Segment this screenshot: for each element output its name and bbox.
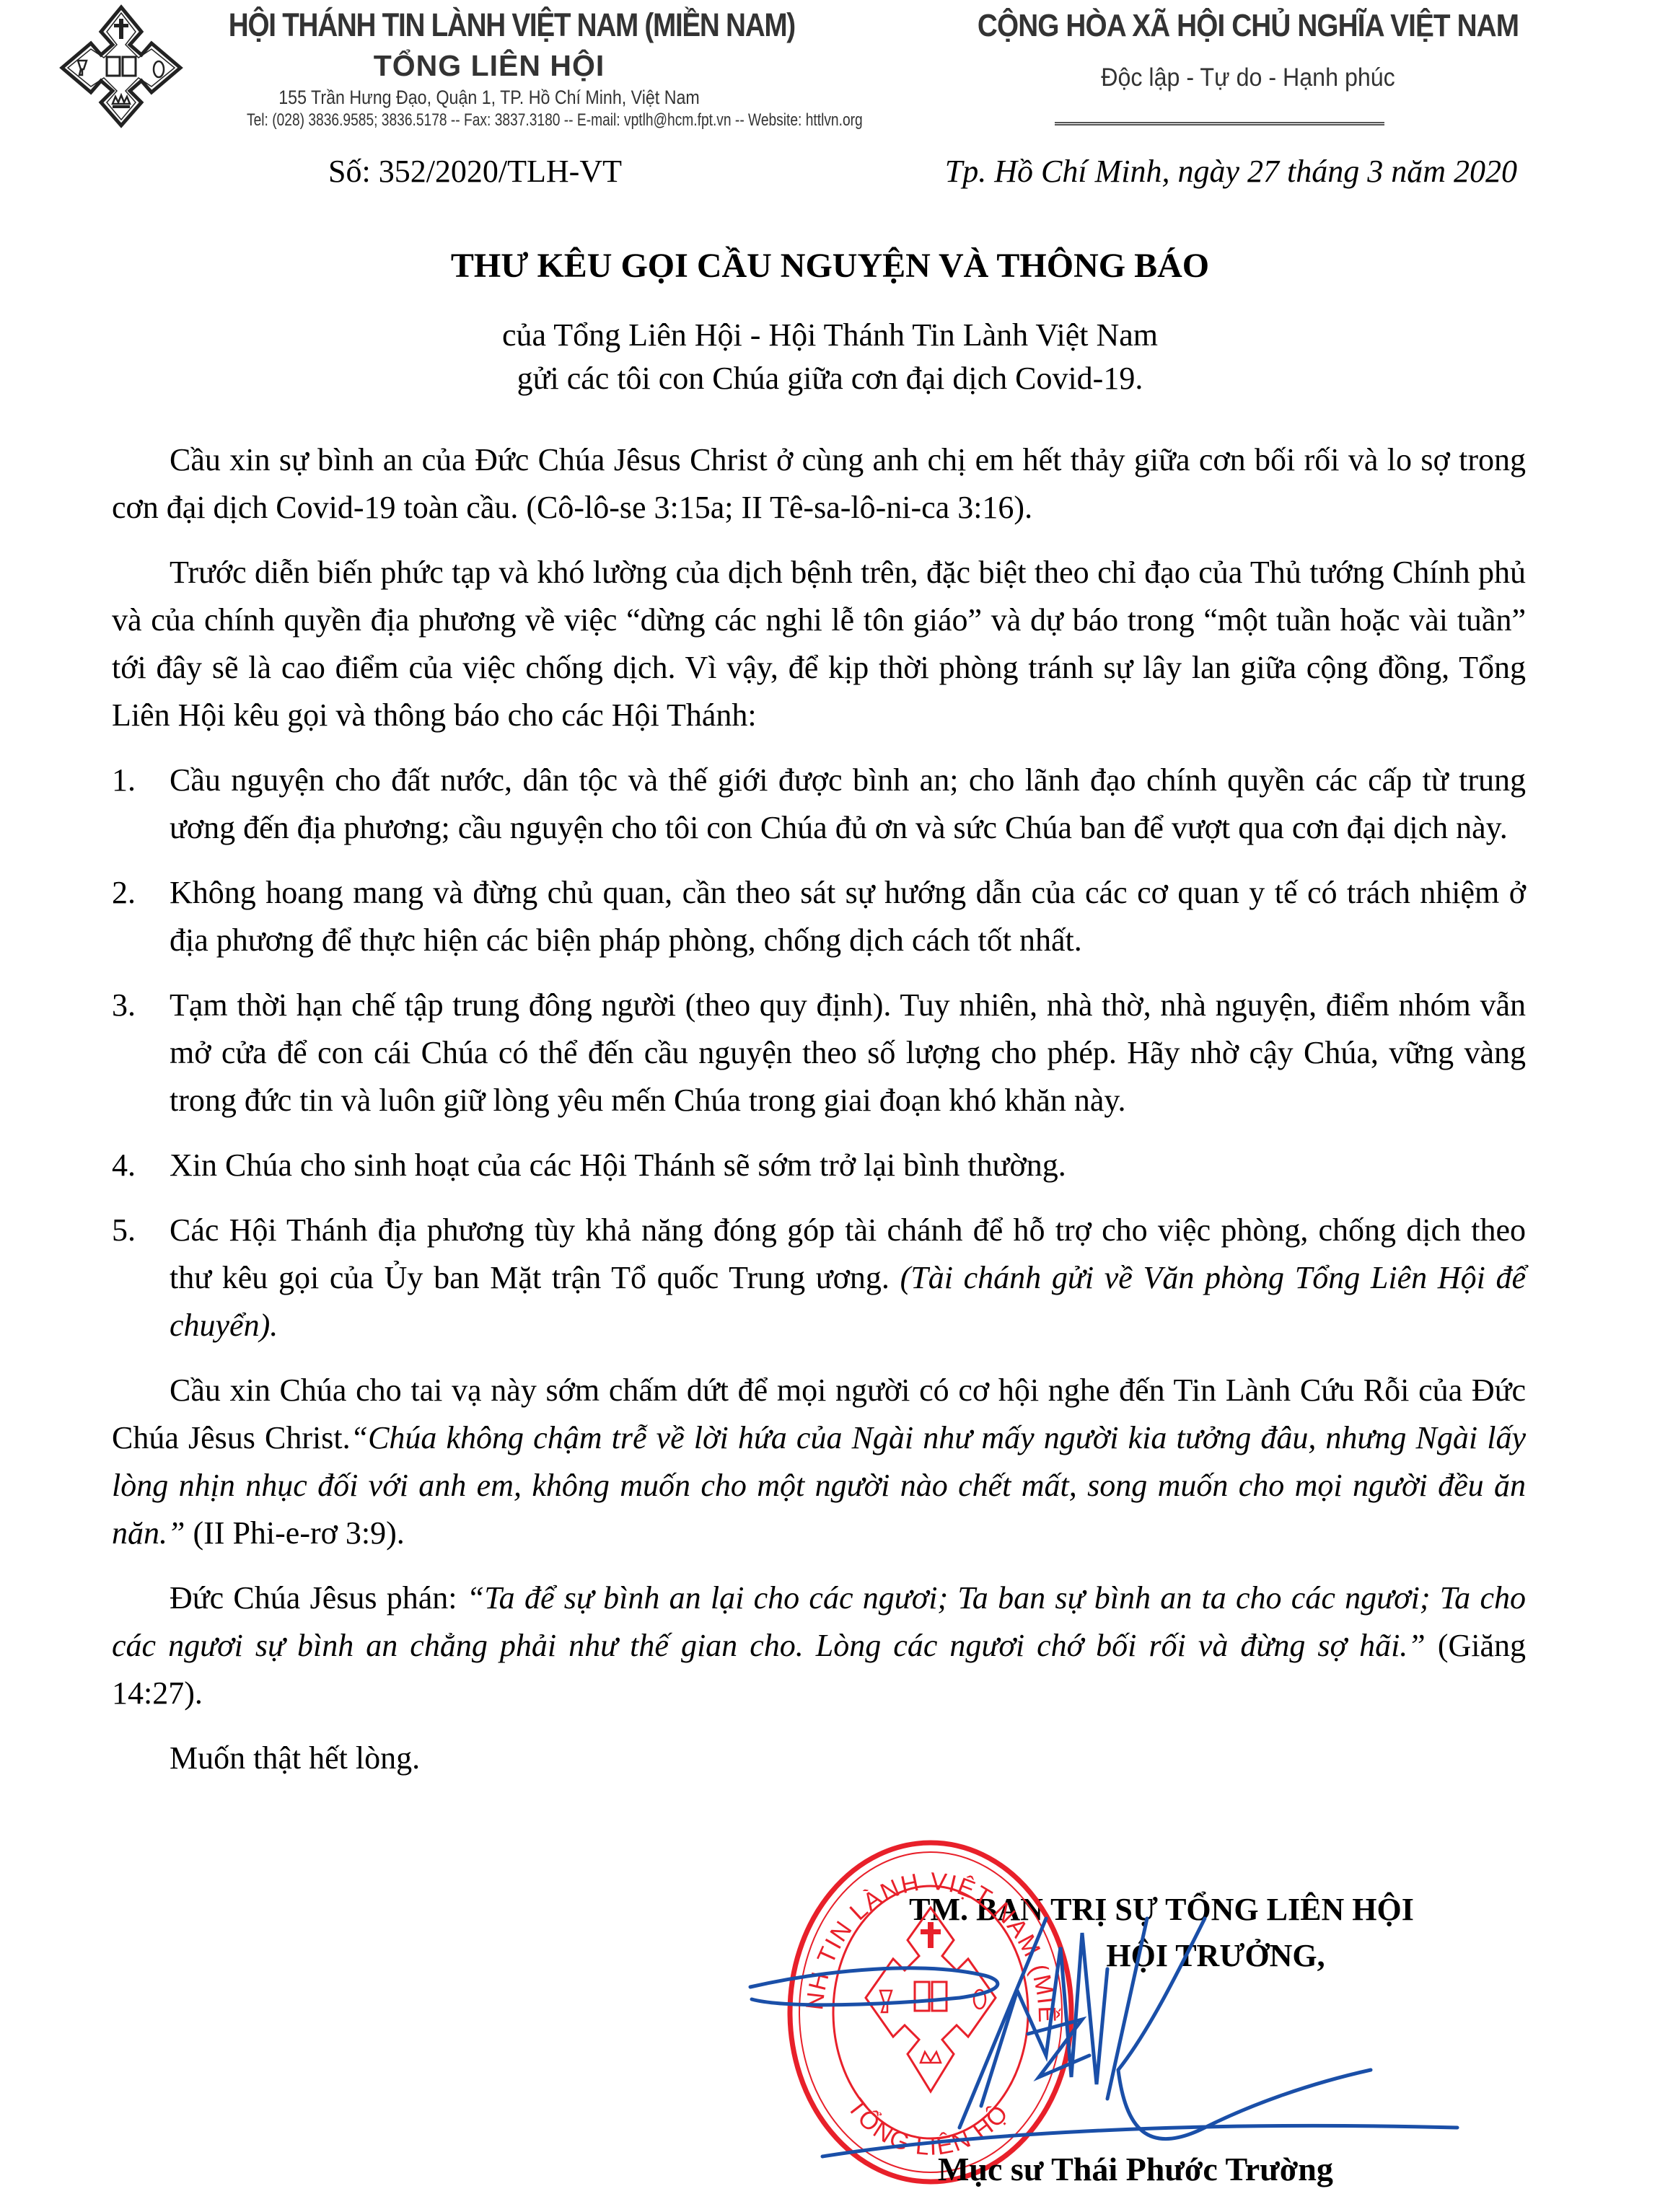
list-item: 1. Cầu nguyện cho đất nước, dân tộc và t…: [112, 757, 1526, 852]
organization-name: HỘI THÁNH TIN LÀNH VIỆT NAM (MIỀN NAM): [229, 6, 750, 45]
scripture-reference: (II Phi-e-rơ 3:9).: [185, 1515, 404, 1551]
signatory-name: Mục sư Thái Phước Trường: [938, 2148, 1333, 2191]
organization-contact: Tel: (028) 3836.9585; 3836.5178 -- Fax: …: [247, 110, 732, 131]
list-item-number: 2.: [112, 869, 136, 917]
list-item: 4. Xin Chúa cho sinh hoạt của các Hội Th…: [112, 1142, 1526, 1189]
list-item-text: Không hoang mang và đừng chủ quan, cần t…: [170, 875, 1526, 958]
paragraph-jesus-words: Đức Chúa Jêsus phán: “Ta để sự bình an l…: [112, 1574, 1526, 1717]
paragraph-prayer: Cầu xin Chúa cho tai vạ này sớm chấm dứt…: [112, 1367, 1526, 1557]
paragraph-context: Trước diễn biến phức tạp và khó lường củ…: [112, 549, 1526, 739]
organization-address: 155 Trần Hưng Đạo, Quận 1, TP. Hồ Chí Mi…: [229, 85, 750, 110]
handwritten-signature-icon: [743, 1890, 1464, 2178]
list-item-number: 5.: [112, 1207, 136, 1254]
nation-title: CỘNG HÒA XÃ HỘI CHỦ NGHĨA VIỆT NAM: [931, 6, 1565, 46]
document-number: Số: 352/2020/TLH-VT: [328, 151, 622, 192]
motto-underline-divider: [1055, 122, 1384, 125]
request-list: 1. Cầu nguyện cho đất nước, dân tộc và t…: [112, 757, 1526, 1349]
list-item-number: 4.: [112, 1142, 136, 1189]
national-header: CỘNG HÒA XÃ HỘI CHỦ NGHĨA VIỆT NAM Độc l…: [887, 6, 1609, 94]
document-title: THƯ KÊU GỌI CẦU NGUYỆN VÀ THÔNG BÁO: [0, 245, 1660, 287]
document-subtitle-line-2: gửi các tôi con Chúa giữa cơn đại dịch C…: [0, 358, 1660, 399]
list-item-text: Xin Chúa cho sinh hoạt của các Hội Thánh…: [170, 1147, 1066, 1183]
nation-motto: Độc lập - Tự do - Hạnh phúc: [916, 62, 1580, 94]
list-item: 3. Tạm thời hạn chế tập trung đông người…: [112, 982, 1526, 1124]
letter-body: Cầu xin sự bình an của Đức Chúa Jêsus Ch…: [112, 436, 1526, 1799]
document-subtitle-line-1: của Tổng Liên Hội - Hội Thánh Tin Lành V…: [0, 315, 1660, 356]
paragraph-jesus-lead: Đức Chúa Jêsus phán:: [170, 1580, 467, 1616]
church-emblem-icon: [56, 4, 186, 128]
paragraph-greeting: Cầu xin sự bình an của Đức Chúa Jêsus Ch…: [112, 436, 1526, 532]
list-item-number: 3.: [112, 982, 136, 1029]
document-place-date: Tp. Hồ Chí Minh, ngày 27 tháng 3 năm 202…: [945, 151, 1517, 192]
list-item: 2. Không hoang mang và đừng chủ quan, cầ…: [112, 869, 1526, 964]
closing-salutation: Muốn thật hết lòng.: [112, 1735, 1526, 1782]
organization-subname: TỔNG LIÊN HỘI: [186, 48, 792, 84]
list-item: 5. Các Hội Thánh địa phương tùy khả năng…: [112, 1207, 1526, 1349]
list-item-text: Cầu nguyện cho đất nước, dân tộc và thế …: [170, 762, 1526, 845]
list-item-number: 1.: [112, 757, 136, 804]
organization-header: HỘI THÁNH TIN LÀNH VIỆT NAM (MIỀN NAM) T…: [186, 6, 792, 131]
list-item-text: Tạm thời hạn chế tập trung đông người (t…: [170, 987, 1526, 1118]
